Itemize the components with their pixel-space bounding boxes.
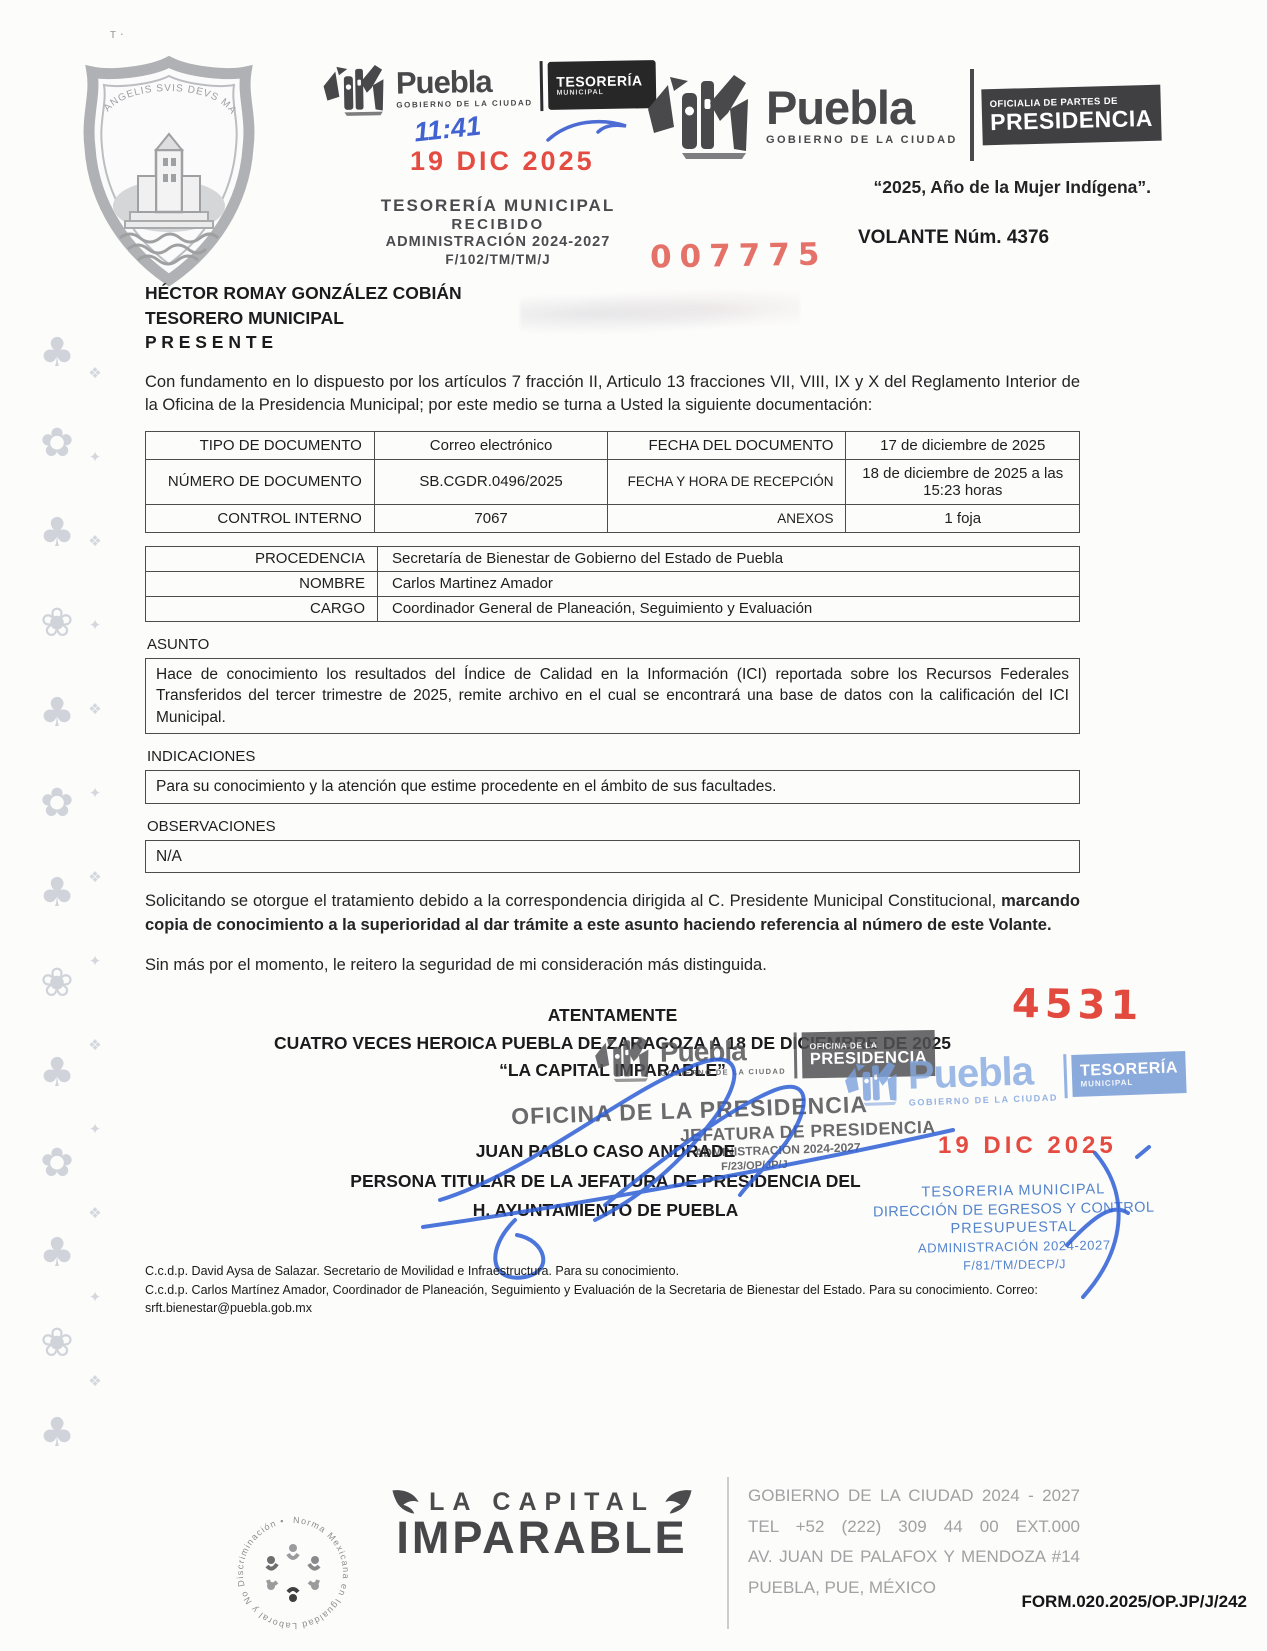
received-line: RECIBIDO (316, 216, 680, 234)
logo-divider (540, 61, 544, 111)
cert-circular-text: Norma Mexicana en Igualdad Laboral y No … (235, 1515, 351, 1631)
table-row: CONTROL INTERNO 7067 ANEXOS 1 foja (146, 504, 1080, 532)
signatory-name: JUAN PABLO CASO ANDRADE (318, 1137, 893, 1167)
signatory-role: H. AYUNTAMIENTO DE PUEBLA (318, 1196, 893, 1226)
talavera-pattern-strip-secondary: ❖✦❖✦❖✦❖✦❖✦❖✦❖ (86, 364, 104, 1459)
addressee-present: P R E S E N T E (145, 330, 1080, 355)
badge-line: PRESIDENCIA (990, 106, 1153, 134)
footer-info-line: AV. JUAN DE PALAFOX Y MENDOZA #14 (748, 1542, 1080, 1573)
intro-paragraph: Con fundamento en lo dispuesto por los a… (145, 371, 1080, 417)
brand-wordmark: Puebla (766, 84, 914, 131)
footer-info-line: GOBIERNO DE LA CIUDAD 2024 - 2027 (748, 1481, 1080, 1512)
cell-label: TIPO DE DOCUMENTO (146, 431, 375, 459)
badge-line: MUNICIPAL (1080, 1077, 1178, 1089)
presidencia-header-logo: Puebla GOBIERNO DE LA CIUDAD OFICIALIA D… (642, 68, 1160, 162)
equality-certification-logo: Norma Mexicana en Igualdad Laboral y No … (230, 1510, 356, 1636)
puebla-skyline-icon (642, 68, 762, 162)
ccdp-line: C.c.d.p. David Aysa de Salazar. Secretar… (145, 1262, 1110, 1281)
closing-paragraph-2: Sin más por el momento, le reitero la se… (145, 953, 1080, 977)
capital-line2: IMPARABLE (384, 1512, 700, 1564)
received-stamp-text: TESORERÍA MUNICIPAL RECIBIDO ADMINISTRAC… (316, 196, 680, 268)
received-line: F/102/TM/TM/J (316, 252, 680, 268)
received-line: TESORERÍA MUNICIPAL (316, 196, 680, 216)
badge-line: TESORERÍA (556, 73, 648, 90)
wing-left-icon (391, 1487, 423, 1517)
year-slogan: “2025, Año de la Mujer Indígena”. (874, 177, 1151, 198)
brand-subtitle: GOBIERNO DE LA CIUDAD (660, 1066, 786, 1077)
puebla-skyline-icon (320, 60, 393, 119)
section-box-observaciones: N/A (145, 840, 1080, 874)
cert-figures (267, 1544, 319, 1602)
svg-text:Norma Mexicana en Igualdad Lab: Norma Mexicana en Igualdad Laboral y No … (235, 1515, 351, 1631)
table-row: PROCEDENCIA Secretaría de Bienestar de G… (146, 546, 1080, 571)
cell-label: CONTROL INTERNO (146, 504, 375, 532)
document-body: HÉCTOR ROMAY GONZÁLEZ COBIÁN TESORERO MU… (145, 281, 1080, 1085)
section-label-indicaciones: INDICACIONES (147, 748, 1080, 765)
received-line: ADMINISTRACIÓN 2024-2027 (316, 234, 680, 251)
scan-artifact-mark: т · (110, 26, 124, 41)
attentively-line: ATENTAMENTE (145, 1002, 1080, 1030)
addressee-role: TESORERO MUNICIPAL (145, 306, 1080, 331)
table-row: NÚMERO DE DOCUMENTO SB.CGDR.0496/2025 FE… (146, 459, 1080, 504)
puebla-skyline-icon (592, 1032, 657, 1085)
brand-wordmark: Puebla (660, 1037, 746, 1066)
addressee-block: HÉCTOR ROMAY GONZÁLEZ COBIÁN TESORERO MU… (145, 281, 1080, 355)
cell-value: Secretaría de Bienestar de Gobierno del … (378, 546, 1080, 571)
cell-value: 7067 (374, 504, 608, 532)
origin-info-table: PROCEDENCIA Secretaría de Bienestar de G… (145, 546, 1080, 622)
la-capital-imparable-logo: LA CAPITAL IMPARABLE (384, 1487, 700, 1564)
cell-label: NÚMERO DE DOCUMENTO (146, 459, 375, 504)
table-row: CARGO Coordinador General de Planeación,… (146, 596, 1080, 621)
section-box-indicaciones: Para su conocimiento y la atención que e… (145, 770, 1080, 804)
cell-value: 1 foja (846, 504, 1080, 532)
brand-wordmark: Puebla (907, 1051, 1033, 1095)
closing-regular: Solicitando se otorgue el tratamiento de… (145, 892, 1001, 910)
addressee-name: HÉCTOR ROMAY GONZÁLEZ COBIÁN (145, 281, 1080, 306)
cell-value: Correo electrónico (374, 431, 608, 459)
copies-block: C.c.d.p. David Aysa de Salazar. Secretar… (145, 1262, 1110, 1318)
closing-paragraph-1: Solicitando se otorgue el tratamiento de… (145, 889, 1080, 937)
puebla-coat-of-arms-icon: ANGELIS SVIS DEVS MANDAVIT DE TE VT CVST… (78, 54, 260, 290)
footer-contact-info: GOBIERNO DE LA CIUDAD 2024 - 2027 TEL +5… (748, 1481, 1080, 1603)
cell-label: PROCEDENCIA (146, 546, 378, 571)
section-label-asunto: ASUNTO (147, 636, 1080, 653)
section-label-observaciones: OBSERVACIONES (147, 818, 1080, 835)
form-number: FORM.020.2025/OP.JP/J/242 (1021, 1592, 1247, 1612)
scanned-document-page: ♣✿♣❀♣✿♣❀♣✿♣❀♣ ❖✦❖✦❖✦❖✦❖✦❖✦❖ т · ANGELIS … (0, 0, 1267, 1651)
talavera-pattern-strip: ♣✿♣❀♣✿♣❀♣✿♣❀♣ (34, 330, 80, 1465)
cell-label: FECHA Y HORA DE RECEPCIÓN (608, 459, 846, 504)
cell-value: Carlos Martinez Amador (378, 571, 1080, 596)
handwritten-time: 11:41 (413, 111, 483, 149)
pen-swoosh-mark (544, 116, 632, 146)
signatory-role: PERSONA TITULAR DE LA JEFATURA DE PRESID… (318, 1167, 893, 1197)
date-stamp-received: 19 DIC 2025 (410, 146, 595, 177)
tesoreria-badge: TESORERÍA MUNICIPAL (1072, 1051, 1187, 1097)
ccdp-line: srft.bienestar@puebla.gob.mx (145, 1299, 1110, 1318)
section-box-asunto: Hace de conocimiento los resultados del … (145, 658, 1080, 735)
tesoreria-stamp-logo: Puebla GOBIERNO DE LA CIUDAD TESORERÍA M… (320, 55, 657, 119)
brand-wordmark: Puebla (396, 66, 492, 99)
cell-label: CARGO (146, 596, 378, 621)
badge-line: MUNICIPAL (556, 88, 648, 97)
brand-subtitle: GOBIERNO DE LA CIUDAD (396, 98, 533, 109)
cell-value: SB.CGDR.0496/2025 (374, 459, 608, 504)
cell-value: Coordinador General de Planeación, Segui… (378, 596, 1080, 621)
date-stamp-egresos: 19 DIC 2025 (938, 1132, 1117, 1160)
presidencia-badge: OFICIALIA DE PARTES DE PRESIDENCIA (981, 85, 1161, 146)
ccdp-line: C.c.d.p. Carlos Martínez Amador, Coordin… (145, 1281, 1110, 1300)
cell-value: 17 de diciembre de 2025 (846, 431, 1080, 459)
cell-label: NOMBRE (146, 571, 378, 596)
document-info-table: TIPO DE DOCUMENTO Correo electrónico FEC… (145, 431, 1080, 533)
tesoreria-badge: TESORERÍA MUNICIPAL (548, 60, 657, 110)
puebla-skyline-icon (841, 1057, 905, 1109)
signatory-block: JUAN PABLO CASO ANDRADE PERSONA TITULAR … (318, 1137, 893, 1226)
footer-info-line: TEL +52 (222) 309 44 00 EXT.000 (748, 1512, 1080, 1543)
volante-number: VOLANTE Núm. 4376 (858, 227, 1049, 249)
red-control-number-stamp: 4531 (1012, 981, 1144, 1029)
logo-divider (793, 1032, 797, 1078)
folio-stamp-number: 007775 (650, 236, 828, 275)
footer-divider (727, 1477, 729, 1629)
tesoreria-blue-stamp-logo: Puebla GOBIERNO DE LA CIUDAD TESORERÍA M… (841, 1046, 1187, 1110)
cell-label: ANEXOS (608, 504, 846, 532)
cell-label: FECHA DEL DOCUMENTO (608, 431, 846, 459)
brand-subtitle: GOBIERNO DE LA CIUDAD (766, 134, 958, 146)
logo-divider (1063, 1054, 1068, 1098)
table-row: NOMBRE Carlos Martinez Amador (146, 571, 1080, 596)
logo-divider (970, 69, 974, 161)
table-row: TIPO DE DOCUMENTO Correo electrónico FEC… (146, 431, 1080, 459)
cell-value: 18 de diciembre de 2025 a las 15:23 hora… (846, 459, 1080, 504)
